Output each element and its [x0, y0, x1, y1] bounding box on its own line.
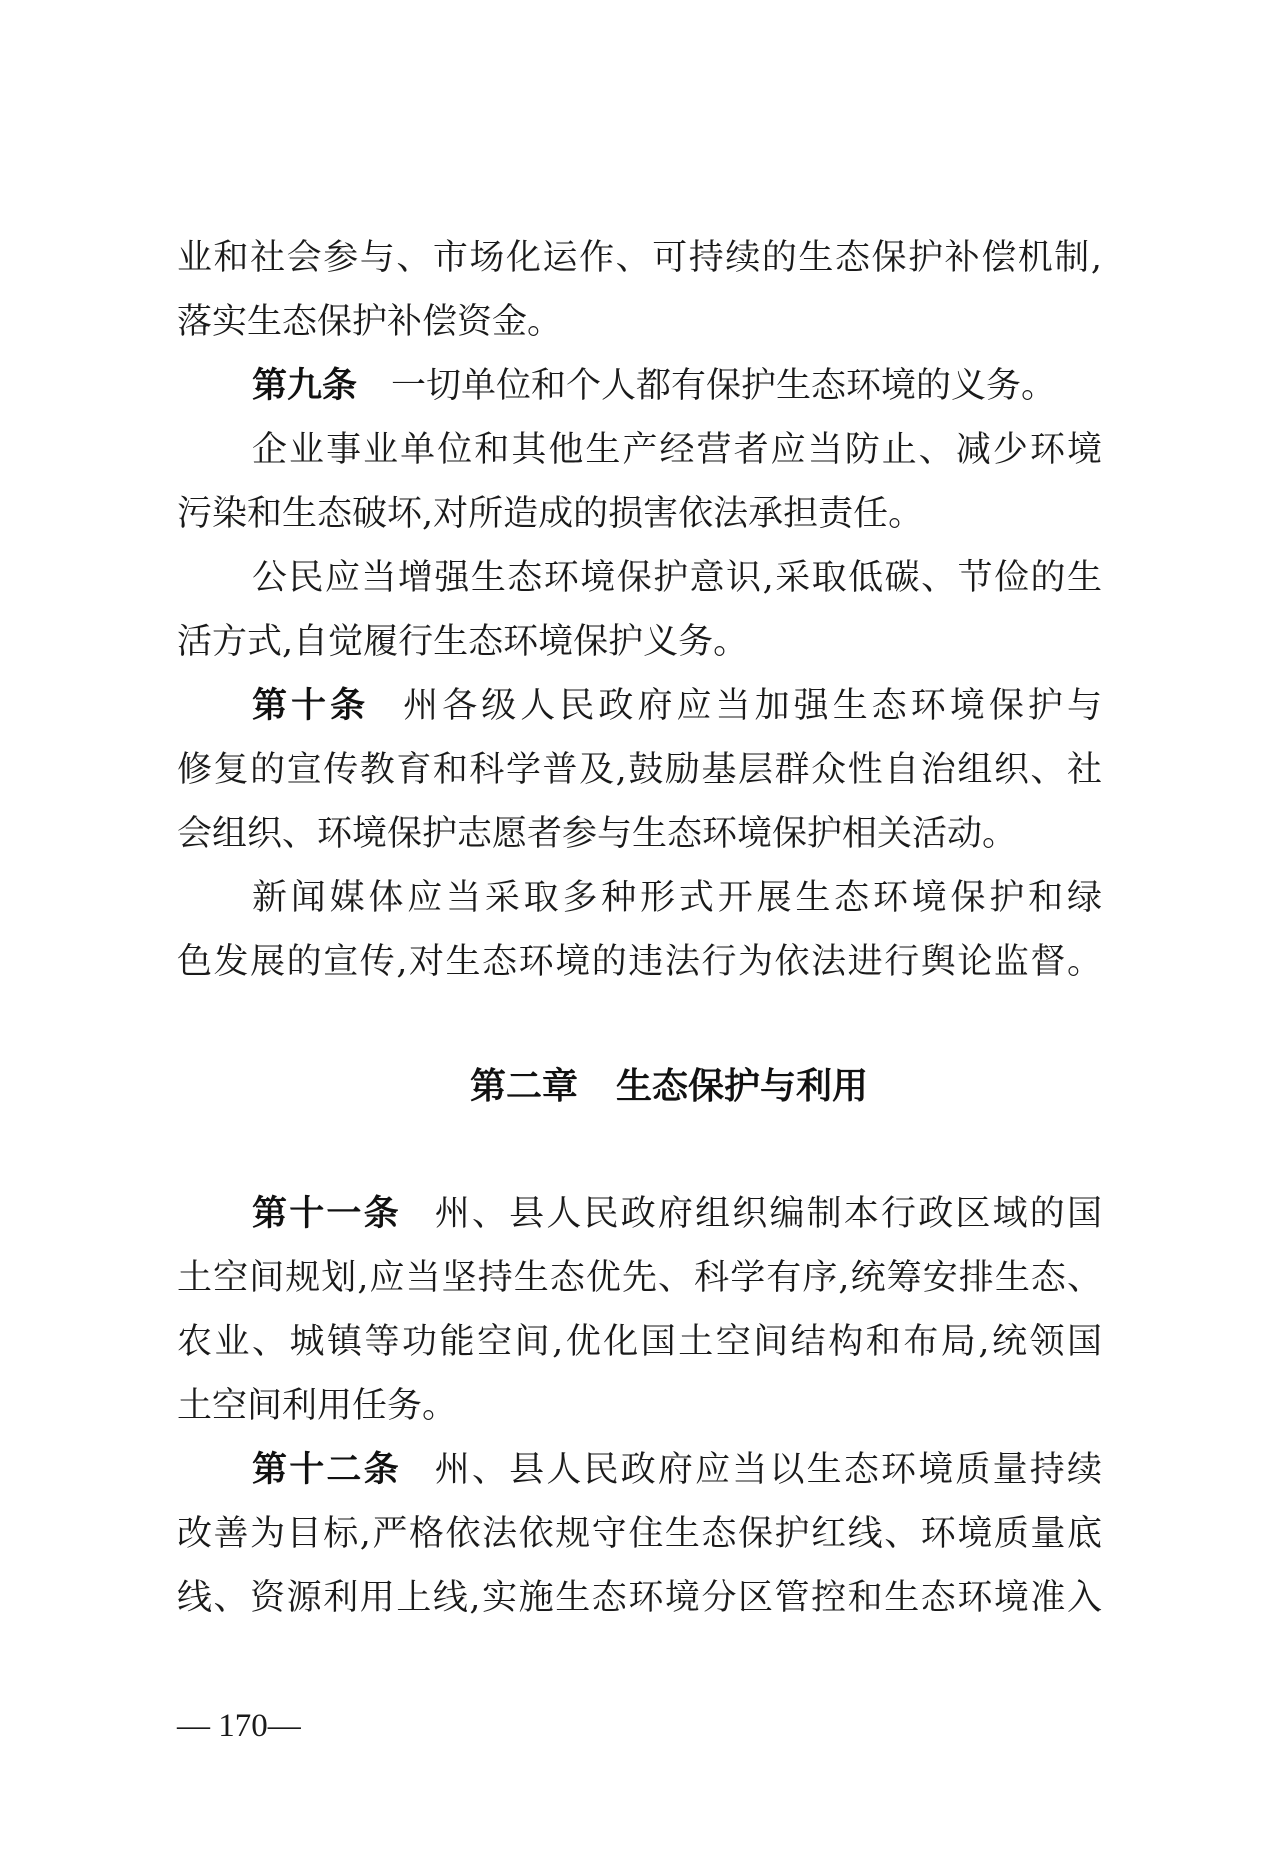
chapter-title: 生态保护与利用 [616, 1065, 868, 1107]
article-text: 州、县人民政府应当以生态环境质量持续 [435, 1450, 1102, 1490]
paragraph-line: 修复的宣传教育和科学普及,鼓励基层群众性自治组织、社 [177, 750, 1102, 790]
article-text: 州各级人民政府应当加强生态环境保护与 [403, 686, 1102, 726]
paragraph-line: 业和社会参与、市场化运作、可持续的生态保护补偿机制, [177, 238, 1102, 278]
paragraph-line: 土空间利用任务。 [177, 1386, 457, 1426]
paragraph-line: 活方式,自觉履行生态环境保护义务。 [177, 622, 748, 662]
page-number: — 170— [177, 1706, 301, 1746]
paragraph-line: 企业事业单位和其他生产经营者应当防止、减少环境 [252, 430, 1102, 470]
paragraph-line: 土空间规划,应当坚持生态优先、科学有序,统筹安排生态、 [177, 1258, 1102, 1298]
article-9-heading-line: 第九条一切单位和个人都有保护生态环境的义务。 [252, 366, 1056, 406]
paragraph-line: 新闻媒体应当采取多种形式开展生态环境保护和绿 [252, 878, 1102, 918]
article-text: 一切单位和个人都有保护生态环境的义务。 [391, 366, 1056, 406]
paragraph-line: 农业、城镇等功能空间,优化国土空间结构和布局,统领国 [177, 1322, 1102, 1362]
paragraph-line: 改善为目标,严格依法依规守住生态保护红线、环境质量底 [177, 1514, 1102, 1554]
article-number: 第十一条 [252, 1194, 401, 1234]
document-page: 业和社会参与、市场化运作、可持续的生态保护补偿机制, 落实生态保护补偿资金。 第… [0, 0, 1279, 1852]
paragraph-line: 公民应当增强生态环境保护意识,采取低碳、节俭的生 [252, 558, 1102, 598]
article-number: 第十条 [252, 686, 369, 726]
paragraph-line: 落实生态保护补偿资金。 [177, 302, 562, 342]
article-text: 州、县人民政府组织编制本行政区域的国 [435, 1194, 1102, 1234]
paragraph-line: 线、资源利用上线,实施生态环境分区管控和生态环境准入 [177, 1578, 1102, 1618]
article-number: 第九条 [252, 366, 357, 406]
paragraph-line: 色发展的宣传,对生态环境的违法行为依法进行舆论监督。 [177, 942, 1102, 982]
article-10-heading-line: 第十条州各级人民政府应当加强生态环境保护与 [252, 686, 1102, 726]
article-11-heading-line: 第十一条州、县人民政府组织编制本行政区域的国 [252, 1194, 1102, 1234]
article-12-heading-line: 第十二条州、县人民政府应当以生态环境质量持续 [252, 1450, 1102, 1490]
article-number: 第十二条 [252, 1450, 401, 1490]
paragraph-line: 会组织、环境保护志愿者参与生态环境保护相关活动。 [177, 814, 1017, 854]
chapter-number: 第二章 [470, 1065, 578, 1107]
paragraph-line: 污染和生态破坏,对所造成的损害依法承担责任。 [177, 494, 923, 534]
chapter-heading: 第二章生态保护与利用 [470, 1064, 868, 1108]
